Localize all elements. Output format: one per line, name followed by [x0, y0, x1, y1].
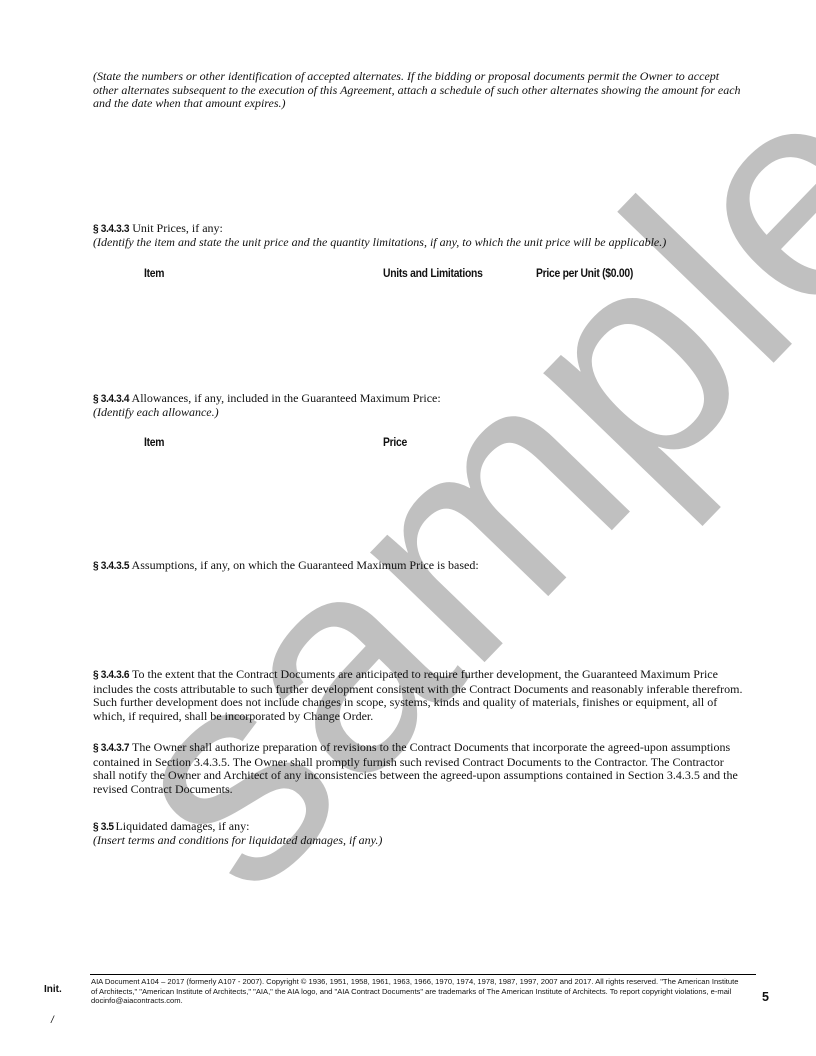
alternates-instruction: (State the numbers or other identificati… [93, 70, 743, 111]
section-title: Allowances, if any, included in the Guar… [129, 391, 440, 405]
allowances-col-item: Item [144, 437, 164, 449]
section-title: Liquidated damages, if any: [112, 819, 249, 833]
section-title: Assumptions, if any, on which the Guaran… [129, 558, 479, 572]
footer-divider [90, 974, 756, 975]
section-3-4-3-7-paragraph: § 3.4.3.7 The Owner shall authorize prep… [93, 741, 743, 796]
unit-prices-instruction: (Identify the item and state the unit pr… [93, 236, 753, 250]
section-3-4-3-6-paragraph: § 3.4.3.6 To the extent that the Contrac… [93, 668, 743, 723]
section-title: Unit Prices, if any: [129, 221, 223, 235]
document-page: sample (State the numbers or other ident… [0, 0, 816, 1056]
allowances-instruction: (Identify each allowance.) [93, 406, 743, 420]
unit-prices-col-item: Item [144, 268, 164, 280]
section-body: The Owner shall authorize preparation of… [93, 740, 738, 796]
init-label: Init. [44, 984, 62, 995]
unit-prices-col-units: Units and Limitations [383, 268, 483, 280]
allowances-col-price: Price [383, 437, 407, 449]
unit-prices-col-price: Price per Unit ($0.00) [536, 268, 633, 280]
copyright-notice: AIA Document A104 – 2017 (formerly A107 … [91, 977, 741, 1006]
liquidated-damages-instruction: (Insert terms and conditions for liquida… [93, 834, 743, 848]
section-3-4-3-5-heading: § 3.4.3.5 Assumptions, if any, on which … [93, 559, 743, 574]
section-number: § 3.4.3.7 [93, 742, 129, 756]
init-slash: / [51, 1015, 54, 1026]
section-number: § 3.4.3.6 [93, 669, 129, 683]
page-number: 5 [762, 990, 769, 1004]
section-body: To the extent that the Contract Document… [93, 667, 742, 723]
section-number: § 3.4.3.5 [93, 560, 129, 574]
sample-watermark: sample [0, 0, 816, 1056]
svg-text:sample: sample [54, 20, 816, 950]
